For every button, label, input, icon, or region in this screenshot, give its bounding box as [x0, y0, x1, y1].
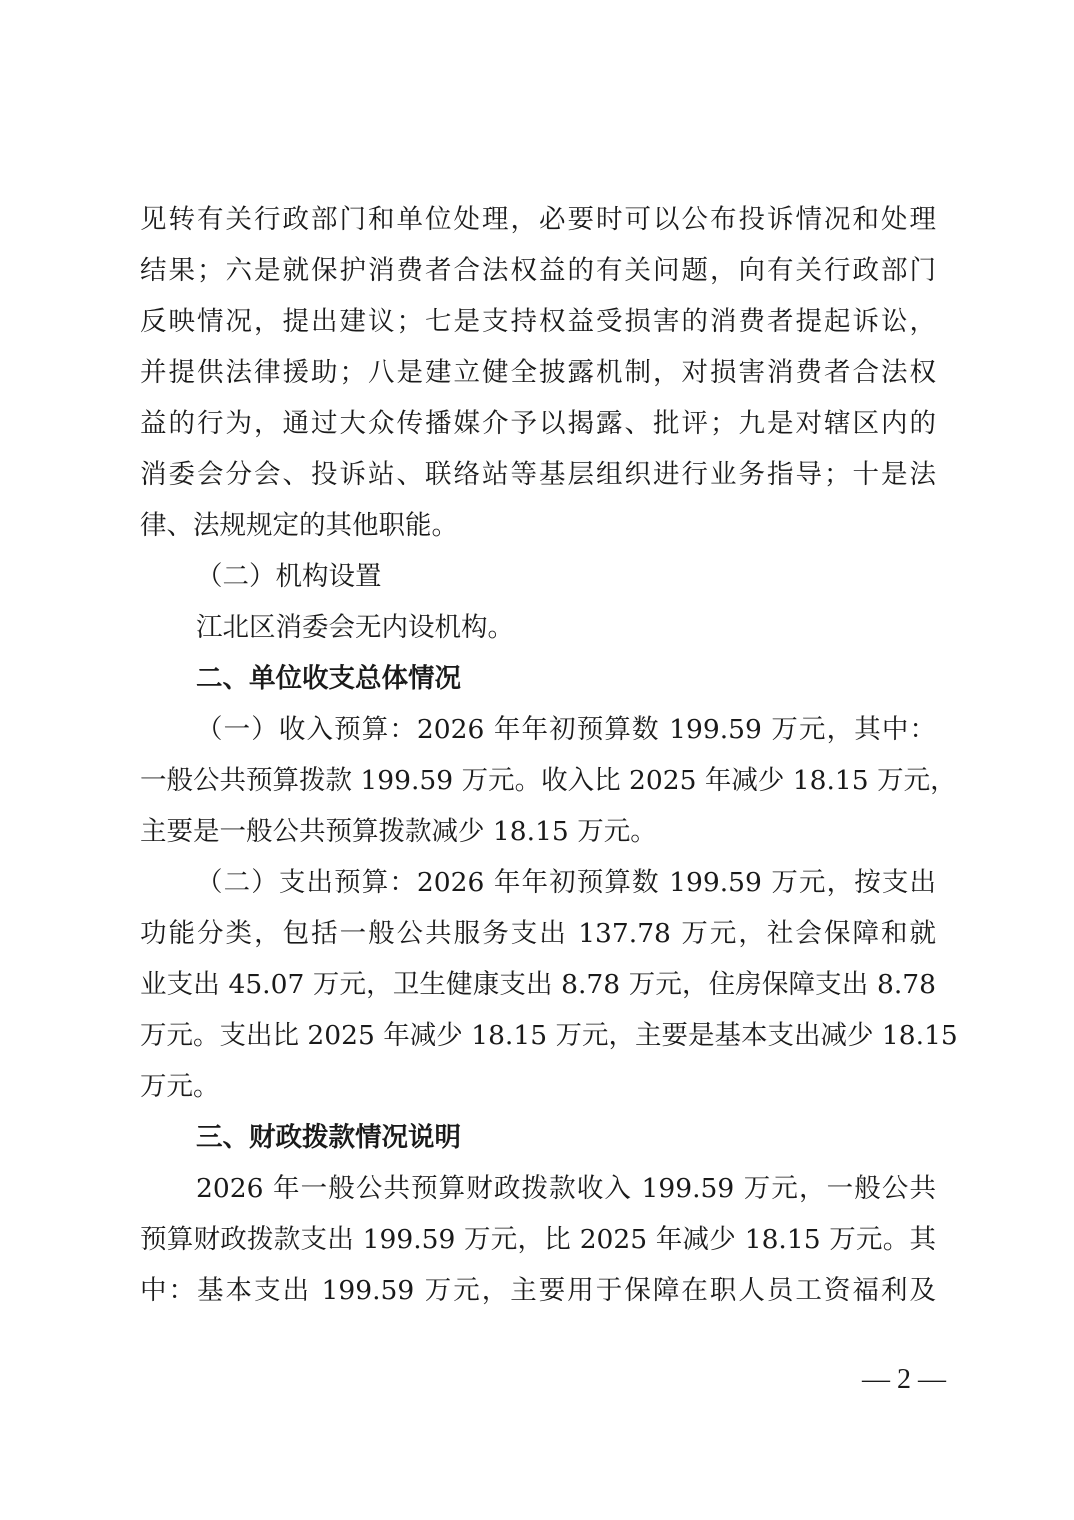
document-page: 见转有关行政部门和单位处理，必要时可以公布投诉情况和处理 结果；六是就保护消费者…	[0, 0, 1074, 1520]
section-heading-income-expenditure: 二、单位收支总体情况	[196, 659, 936, 699]
paragraph-line: 江北区消委会无内设机构。	[196, 608, 936, 648]
paragraph-line: 消委会分会、投诉站、联络站等基层组织进行业务指导；十是法	[140, 455, 936, 495]
paragraph-line: 业支出 45.07 万元，卫生健康支出 8.78 万元，住房保障支出 8.78	[140, 965, 936, 1005]
paragraph-line: 中：基本支出 199.59 万元，主要用于保障在职人员工资福利及	[140, 1271, 936, 1311]
paragraph-line: 律、法规规定的其他职能。	[140, 506, 936, 546]
paragraph-line: 万元。支出比 2025 年减少 18.15 万元，主要是基本支出减少 18.15	[140, 1016, 936, 1056]
paragraph-line: 万元。	[140, 1067, 936, 1107]
paragraph-line: 见转有关行政部门和单位处理，必要时可以公布投诉情况和处理	[140, 200, 936, 240]
paragraph-line: 益的行为，通过大众传播媒介予以揭露、批评；九是对辖区内的	[140, 404, 936, 444]
paragraph-line: 反映情况，提出建议；七是支持权益受损害的消费者提起诉讼，	[140, 302, 936, 342]
paragraph-line-fiscal: 2026 年一般公共预算财政拨款收入 199.59 万元，一般公共	[196, 1169, 936, 1209]
page-number: — 2 —	[862, 1364, 946, 1396]
paragraph-line: 预算财政拨款支出 199.59 万元，比 2025 年减少 18.15 万元。其	[140, 1220, 936, 1260]
paragraph-line: 一般公共预算拨款 199.59 万元。收入比 2025 年减少 18.15 万元…	[140, 761, 936, 801]
subsection-heading-organization: （二）机构设置	[196, 557, 936, 597]
paragraph-line-income-budget: （一）收入预算：2026 年年初预算数 199.59 万元，其中：	[196, 710, 936, 750]
paragraph-line: 功能分类，包括一般公共服务支出 137.78 万元，社会保障和就	[140, 914, 936, 954]
paragraph-line-expenditure-budget: （二）支出预算：2026 年年初预算数 199.59 万元，按支出	[196, 863, 936, 903]
paragraph-line: 结果；六是就保护消费者合法权益的有关问题，向有关行政部门	[140, 251, 936, 291]
paragraph-line: 并提供法律援助；八是建立健全披露机制，对损害消费者合法权	[140, 353, 936, 393]
paragraph-line: 主要是一般公共预算拨款减少 18.15 万元。	[140, 812, 936, 852]
section-heading-fiscal-appropriation: 三、财政拨款情况说明	[196, 1118, 936, 1158]
